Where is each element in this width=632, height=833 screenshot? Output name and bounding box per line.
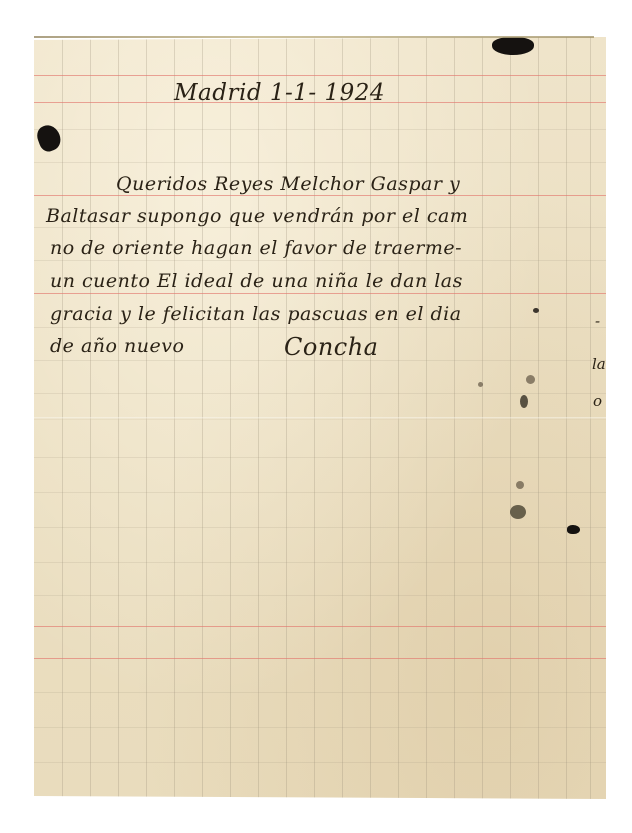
- ink-spot: [510, 505, 526, 519]
- ink-spot: [533, 308, 539, 313]
- ink-spot: [516, 481, 524, 489]
- body-line-5: gracia y le felicitan las pascuas en el …: [50, 303, 462, 325]
- grey-ruling: [34, 327, 606, 328]
- grey-ruling: [34, 260, 606, 261]
- paper-fold: [34, 417, 606, 420]
- margin-mark: -: [595, 312, 600, 330]
- red-ruling: [34, 195, 606, 196]
- grey-ruling: [34, 727, 606, 728]
- grey-ruling: [34, 527, 606, 528]
- body-line-3: no de oriente hagan el favor de traerme-: [50, 237, 462, 259]
- body-line-1: Queridos Reyes Melchor Gaspar y: [116, 173, 460, 195]
- letter-paper: Madrid 1-1- 1924 Queridos Reyes Melchor …: [34, 37, 606, 799]
- red-ruling: [34, 293, 606, 294]
- ink-blot: [567, 525, 580, 534]
- grey-ruling: [34, 762, 606, 763]
- red-ruling: [34, 658, 606, 659]
- body-line-4: un cuento El ideal de una niña le dan la…: [50, 270, 463, 292]
- grey-ruling: [34, 162, 606, 163]
- red-ruling: [34, 626, 606, 627]
- grey-ruling: [34, 457, 606, 458]
- grey-ruling: [34, 227, 606, 228]
- grey-ruling: [34, 393, 606, 394]
- ink-spot: [520, 395, 528, 408]
- margin-mark: o: [593, 392, 602, 410]
- paper-top-edge: [34, 36, 594, 38]
- grey-ruling: [34, 692, 606, 693]
- letter-date: Madrid 1-1- 1924: [174, 80, 385, 106]
- margin-mark: la: [592, 355, 606, 373]
- ink-spot: [478, 382, 483, 387]
- grey-ruling: [34, 129, 606, 130]
- ink-blot: [492, 37, 534, 55]
- ink-spot: [526, 375, 535, 384]
- ink-blot: [34, 122, 64, 154]
- grey-ruling: [34, 595, 606, 596]
- grey-ruling: [34, 562, 606, 563]
- grey-ruling: [34, 492, 606, 493]
- body-line-2: Baltasar supongo que vendrán por el cam: [46, 205, 468, 227]
- red-ruling: [34, 75, 606, 76]
- signature: Concha: [284, 333, 378, 361]
- body-line-6: de año nuevo: [50, 335, 184, 357]
